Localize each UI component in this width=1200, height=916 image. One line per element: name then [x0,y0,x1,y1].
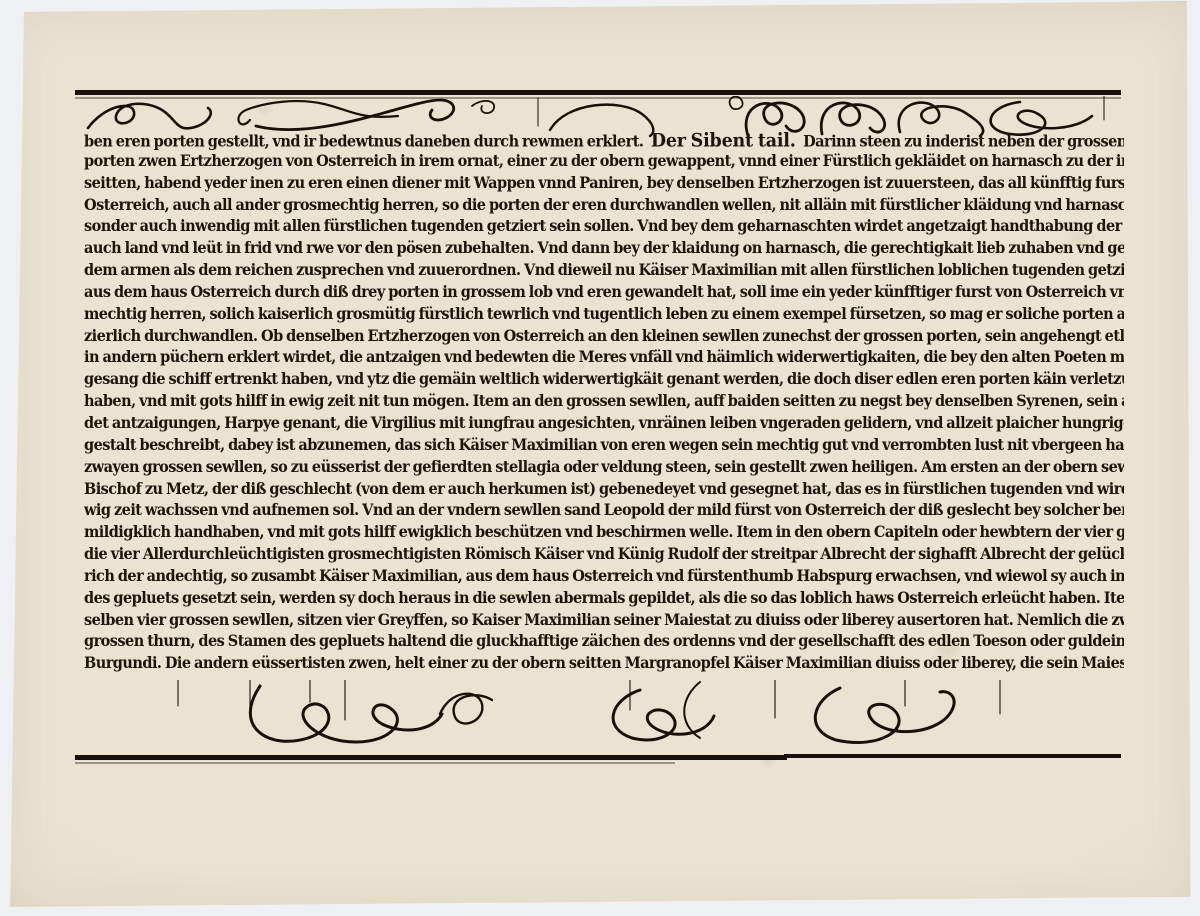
text-line: auch land vnd leüt in frid vnd rwe vor d… [84,239,1124,263]
text-line: gestalt beschreibt, dabey ist abzunemen,… [84,436,1124,460]
text-line: Burgundi. Die andern eüssertisten zwen, … [84,654,1124,678]
text-line: gesang die schiff ertrenkt haben, vnd yt… [84,370,1124,394]
flourish-right-loop [815,688,954,743]
text-line: mechtig herren, solich kaiserlich grosmü… [84,305,1124,329]
text-line: sonder auch inwendig mit allen fürstlich… [84,218,1124,242]
text-line: porten zwen Ertzherzogen von Osterreich … [84,152,1124,176]
line1-post: Darinn steen zu inderist neben der gross… [800,132,1124,150]
text-line: grossen thurn, des Stamen des gepluets h… [84,633,1124,657]
text-line: in andern püchern erklert wirdet, die an… [84,349,1124,373]
flourish-center-knot [613,682,714,740]
flourish-descender-hairlines [178,680,1000,720]
text-line: rich der andechtig, so zusambt Käiser Ma… [84,567,1124,591]
bottom-rule [75,755,787,760]
text-line: Bischof zu Metz, der diß geschlecht (von… [84,480,1124,504]
text-line: wig zeit wachssen vnd aufnemen sol. Vnd … [84,501,1124,525]
text-line: det antzaigungen, Harpye genant, die Vir… [84,414,1124,438]
bottom-calligraphic-flourishes [140,680,1060,754]
text-block: ben eren porten gestellt, vnd ir bedewtn… [84,131,1124,679]
text-line: die vier Allerdurchleüchtigisten grosmec… [84,545,1124,569]
text-line: haben, vnd mit gots hilff in ewig zeit n… [84,392,1124,416]
bottom-rule-right-segment [784,754,1121,759]
flourish-left-sweep [238,100,494,130]
text-line: zwayen grossen sewllen, so zu eüsserist … [84,458,1124,482]
bottom-rule-hairline [75,762,675,764]
section-heading: Der Sibent tail. [647,130,800,152]
flourish-right-loop [991,96,1104,135]
text-line: ben eren porten gestellt, vnd ir bedewtn… [84,130,1124,154]
text-line: Osterreich, auch all ander grosmechtig h… [84,196,1124,220]
paper-sheet: ben eren porten gestellt, vnd ir bedewtn… [0,0,1200,916]
top-rule-hairline [75,97,1121,99]
top-rule [75,90,1121,95]
flourish-left-cluster [250,686,492,742]
line1-pre: ben eren porten gestellt, vnd ir bedewtn… [84,132,647,150]
text-line: selben vier grossen sewllen, sitzen vier… [84,611,1124,635]
text-line: aus dem haus Osterreich durch diß drey p… [84,283,1124,307]
text-line: des gepluets gesetzt sein, werden sy doc… [84,589,1124,613]
flourish-left-knot [88,104,211,129]
text-line: dem armen als dem reichen zusprechen vnd… [84,261,1124,285]
text-line: mildigklich handhaben, vnd mit gots hilf… [84,523,1124,547]
text-line: seitten, habend yeder inen zu eren einen… [84,174,1124,198]
text-line: zierlich durchwandlen. Ob denselben Ertz… [84,327,1124,351]
